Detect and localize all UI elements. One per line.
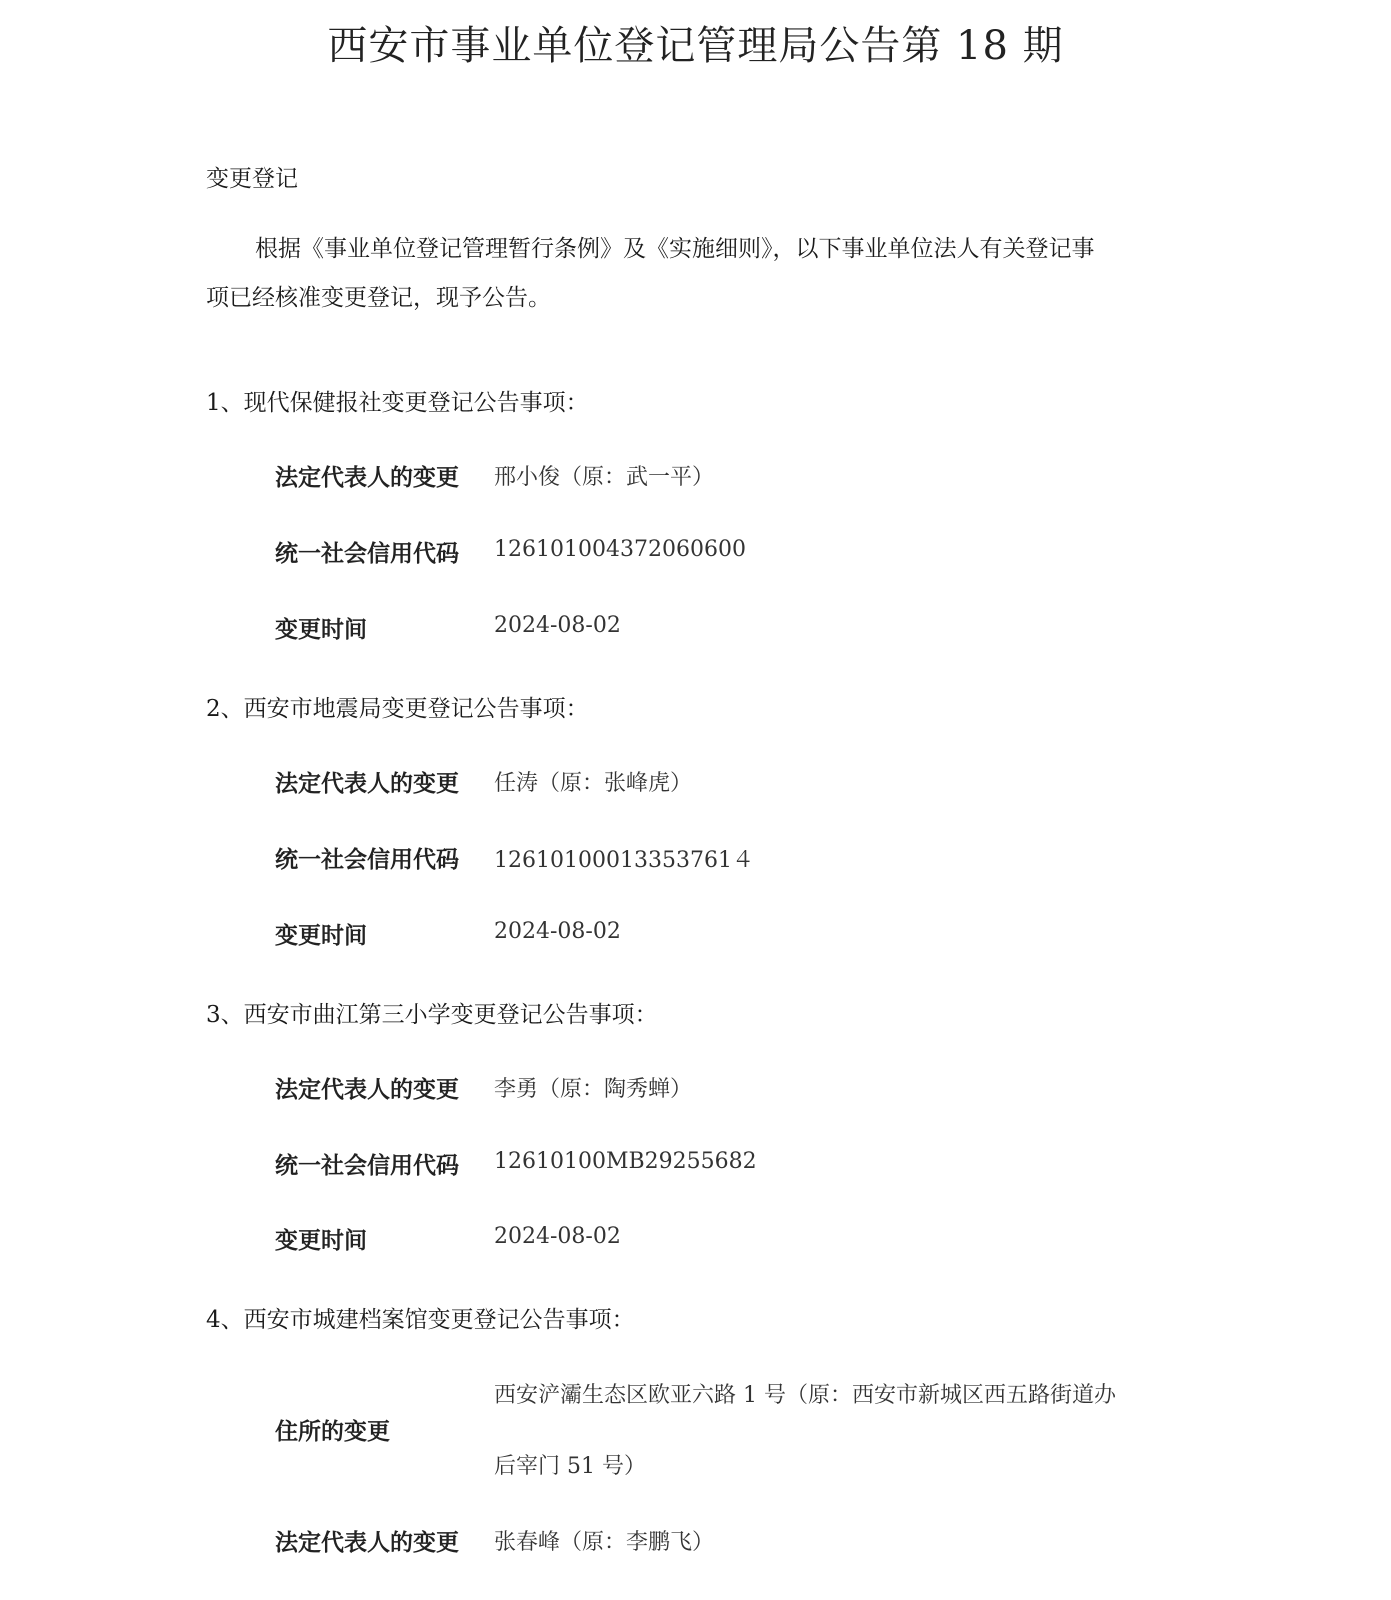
- field-value: 任涛（原：张峰虎）: [494, 766, 692, 797]
- field-value: 2024-08-02: [494, 613, 621, 638]
- field-label: 统一社会信用代码: [275, 841, 459, 874]
- field-label: 法定代表人的变更: [275, 765, 459, 798]
- field-label: 法定代表人的变更: [275, 1071, 459, 1104]
- field-value-line2: 后宰门 51 号）: [494, 1449, 646, 1480]
- item-heading: 2、西安市地震局变更登记公告事项：: [206, 690, 589, 723]
- field-value: 126101004372060600: [494, 537, 746, 562]
- field-value: 张春峰（原：李鹏飞）: [494, 1525, 714, 1556]
- section-label: 变更登记: [206, 160, 298, 193]
- field-value: 2024-08-02: [494, 1224, 621, 1249]
- field-label: 法定代表人的变更: [275, 1524, 459, 1557]
- field-label: 住所的变更: [275, 1413, 390, 1446]
- field-label: 统一社会信用代码: [275, 535, 459, 568]
- field-value: 邢小俊（原：武一平）: [494, 460, 714, 491]
- item-heading: 3、西安市曲江第三小学变更登记公告事项：: [206, 996, 658, 1029]
- item-heading: 4、西安市城建档案馆变更登记公告事项：: [206, 1301, 635, 1334]
- field-label: 变更时间: [275, 1222, 367, 1255]
- field-label: 变更时间: [275, 917, 367, 950]
- field-label: 变更时间: [275, 611, 367, 644]
- field-label: 法定代表人的变更: [275, 459, 459, 492]
- field-value: 2024-08-02: [494, 919, 621, 944]
- field-label: 统一社会信用代码: [275, 1147, 459, 1180]
- field-value: 12610100MB29255682: [494, 1149, 757, 1174]
- item-heading: 1、现代保健报社变更登记公告事项：: [206, 384, 589, 417]
- field-value: 12610100013353761４: [494, 843, 754, 874]
- document-title: 西安市事业单位登记管理局公告第 18 期: [0, 14, 1391, 71]
- intro-paragraph-line2: 项已经核准变更登记，现予公告。: [206, 273, 551, 323]
- field-value-line1: 西安浐灞生态区欧亚六路 1 号（原：西安市新城区西五路街道办: [494, 1378, 1116, 1409]
- field-value: 李勇（原：陶秀蝉）: [494, 1072, 692, 1103]
- intro-paragraph-line1: 根据《事业单位登记管理暂行条例》及《实施细则》，以下事业单位法人有关登记事: [255, 224, 1095, 274]
